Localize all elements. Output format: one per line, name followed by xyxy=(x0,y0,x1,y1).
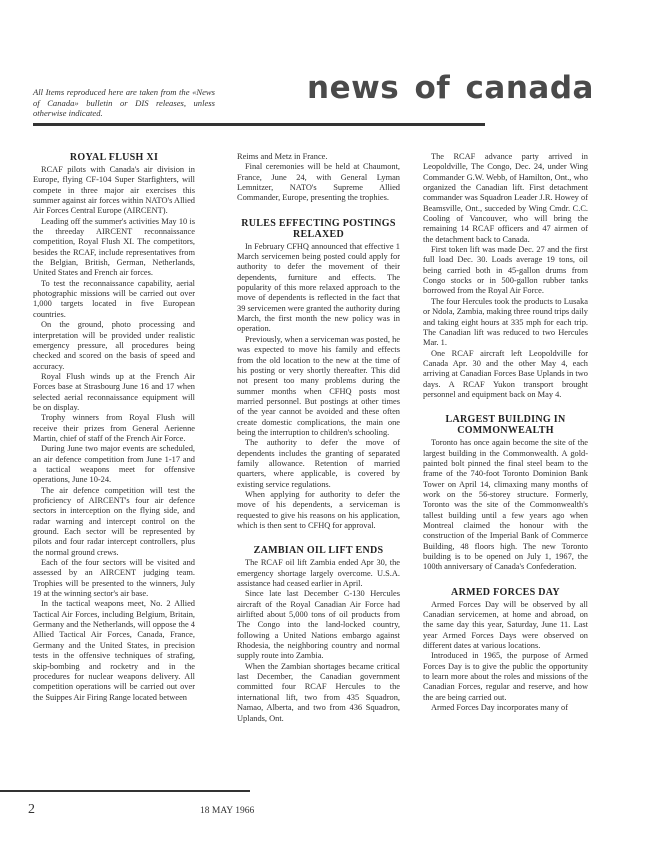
disclaimer-note: All Items reproduced here are taken from… xyxy=(33,87,215,119)
paragraph: Each of the four sectors will be visited… xyxy=(33,558,195,599)
paragraph: Leading off the summer's activities May … xyxy=(33,217,195,279)
header-rule xyxy=(33,123,485,126)
footer-rule xyxy=(0,790,250,792)
article-title-armed-forces-day: ARMED FORCES DAY xyxy=(423,587,588,598)
column-3: The RCAF advance party arrived in Leopol… xyxy=(423,152,588,714)
paragraph: The air defence competition will test th… xyxy=(33,486,195,558)
paragraph: During June two major events are schedul… xyxy=(33,444,195,485)
paragraph: Final ceremonies will be held at Chaumon… xyxy=(237,162,400,203)
paragraph: The authority to defer the move of depen… xyxy=(237,438,400,490)
paragraph: Reims and Metz in France. xyxy=(237,152,400,162)
article-title-postings: RULES EFFECTING POSTINGS RELAXED xyxy=(237,218,400,240)
issue-date: 18 MAY 1966 xyxy=(200,806,254,816)
paragraph: The RCAF oil lift Zambia ended Apr 30, t… xyxy=(237,558,400,589)
page-number: 2 xyxy=(28,802,35,818)
paragraph: On the ground, photo processing and inte… xyxy=(33,320,195,372)
paragraph: In the tactical weapons meet, No. 2 Alli… xyxy=(33,599,195,702)
column-1: ROYAL FLUSH XI RCAF pilots with Canada's… xyxy=(33,152,195,703)
paragraph: Since late last December C-130 Hercules … xyxy=(237,589,400,661)
paragraph: Trophy winners from Royal Flush will rec… xyxy=(33,413,195,444)
paragraph: One RCAF aircraft left Leopoldville for … xyxy=(423,349,588,401)
paragraph: First token lift was made Dec. 27 and th… xyxy=(423,245,588,297)
article-title-royal-flush: ROYAL FLUSH XI xyxy=(33,152,195,163)
paragraph: When applying for authority to defer the… xyxy=(237,490,400,531)
paragraph: In February CFHQ announced that effectiv… xyxy=(237,242,400,335)
masthead-title: news of canada xyxy=(307,70,594,106)
paragraph: The RCAF advance party arrived in Leopol… xyxy=(423,152,588,245)
paragraph: Toronto has once again become the site o… xyxy=(423,438,588,572)
article-title-zambian-oil-lift: ZAMBIAN OIL LIFT ENDS xyxy=(237,545,400,556)
article-title-largest-building: LARGEST BUILDING IN COMMONWEALTH xyxy=(423,414,588,436)
paragraph: Armed Forces Day incorporates many of xyxy=(423,703,588,713)
paragraph: RCAF pilots with Canada's air division i… xyxy=(33,165,195,217)
column-2: Reims and Metz in France. Final ceremoni… xyxy=(237,152,400,724)
paragraph: Royal Flush winds up at the French Air F… xyxy=(33,372,195,413)
paragraph: Previously, when a serviceman was posted… xyxy=(237,335,400,438)
paragraph: When the Zambian shortages became critic… xyxy=(237,662,400,724)
paragraph: To test the reconnaissance capability, a… xyxy=(33,279,195,320)
paragraph: Introduced in 1965, the purpose of Armed… xyxy=(423,651,588,703)
paragraph: The four Hercules took the products to L… xyxy=(423,297,588,349)
paragraph: Armed Forces Day will be observed by all… xyxy=(423,600,588,652)
